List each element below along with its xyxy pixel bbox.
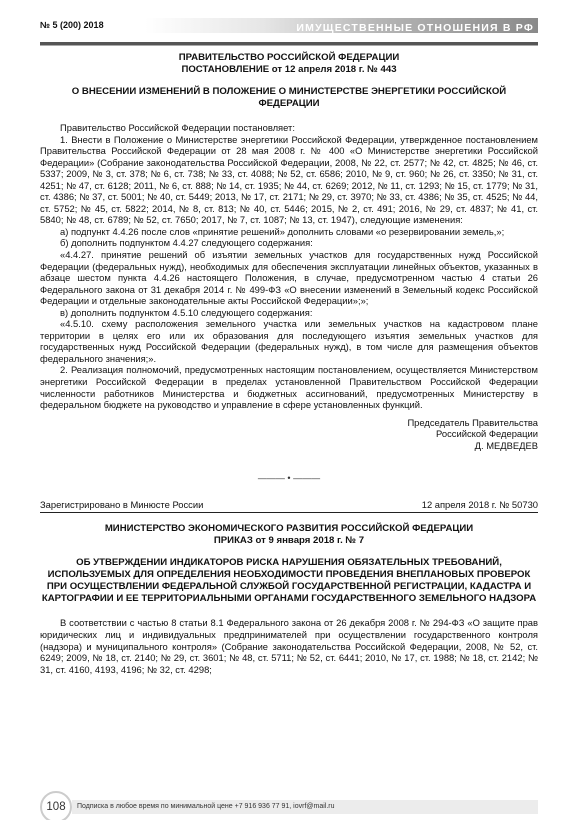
doc1-paragraph: 1. Внести в Положение о Министерстве эне…	[40, 134, 538, 226]
page-number: 108	[40, 791, 72, 820]
registration-label: Зарегистрировано в Минюсте России	[40, 499, 203, 511]
signature-name: Д. МЕДВЕДЕВ	[40, 440, 538, 452]
page-header: № 5 (200) 2018 ИМУЩЕСТВЕННЫЕ ОТНОШЕНИЯ В…	[40, 18, 538, 33]
doc1-act: ПОСТАНОВЛЕНИЕ от 12 апреля 2018 г. № 443	[40, 64, 538, 76]
signature-line: Российской Федерации	[40, 428, 538, 440]
doc1-paragraph: а) подпункт 4.4.26 после слов «принятие …	[40, 226, 538, 238]
signature-line: Председатель Правительства	[40, 417, 538, 429]
doc1-paragraph: Правительство Российской Федерации поста…	[40, 122, 538, 134]
doc2-act: ПРИКАЗ от 9 января 2018 г. № 7	[40, 535, 538, 547]
registration-line: Зарегистрировано в Минюсте России 12 апр…	[40, 499, 538, 514]
doc2-title: ОБ УТВЕРЖДЕНИИ ИНДИКАТОРОВ РИСКА НАРУШЕН…	[40, 557, 538, 605]
page-footer: Подписка в любое время по минимальной це…	[40, 800, 538, 818]
journal-banner: ИМУЩЕСТВЕННЫЕ ОТНОШЕНИЯ В РФ	[145, 18, 538, 33]
doc2-issuer: МИНИСТЕРСТВО ЭКОНОМИЧЕСКОГО РАЗВИТИЯ РОС…	[40, 523, 538, 535]
doc1-paragraph: «4.4.27. принятие решений об изъятии зем…	[40, 249, 538, 307]
section-separator: ——— • ———	[40, 473, 538, 485]
journal-title: ИМУЩЕСТВЕННЫЕ ОТНОШЕНИЯ В РФ	[296, 22, 538, 34]
doc1-paragraph: 2. Реализация полномочий, предусмотренны…	[40, 364, 538, 410]
doc1-paragraph: б) дополнить подпунктом 4.4.27 следующег…	[40, 237, 538, 249]
doc1-paragraph: в) дополнить подпунктом 4.5.10 следующег…	[40, 307, 538, 319]
doc1-paragraph: «4.5.10. схему расположения земельного у…	[40, 318, 538, 364]
registration-value: 12 апреля 2018 г. № 50730	[422, 499, 538, 511]
subscription-info: Подписка в любое время по минимальной це…	[72, 800, 538, 814]
doc2-paragraph: В соответствии с частью 8 статьи 8.1 Фед…	[40, 617, 538, 675]
signature-block: Председатель Правительства Российской Фе…	[40, 417, 538, 452]
doc1-issuer: ПРАВИТЕЛЬСТВО РОССИЙСКОЙ ФЕДЕРАЦИИ	[40, 52, 538, 64]
header-rule	[40, 42, 538, 46]
doc1-title: О ВНЕСЕНИИ ИЗМЕНЕНИЙ В ПОЛОЖЕНИЕ О МИНИС…	[40, 86, 538, 110]
page-content: ПРАВИТЕЛЬСТВО РОССИЙСКОЙ ФЕДЕРАЦИИ ПОСТА…	[40, 52, 538, 675]
issue-number: № 5 (200) 2018	[40, 18, 104, 33]
